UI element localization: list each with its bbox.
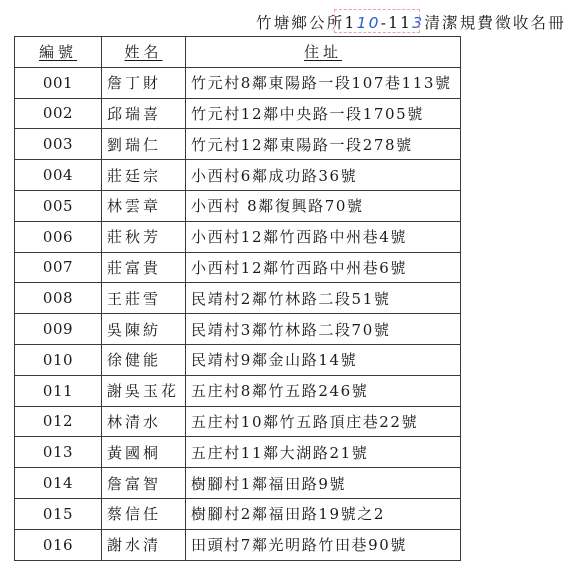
- row-address: 小西村 8鄰復興路70號: [186, 190, 461, 221]
- row-address: 竹元村8鄰東陽路一段107巷113號: [186, 67, 461, 98]
- row-id: 004: [15, 160, 102, 191]
- row-name: 林清水: [102, 406, 186, 437]
- table-row: 003劉瑞仁竹元村12鄰東陽路一段278號: [15, 129, 461, 160]
- row-id: 003: [15, 129, 102, 160]
- row-id: 008: [15, 283, 102, 314]
- table-row: 008王莊雪民靖村2鄰竹林路二段51號: [15, 283, 461, 314]
- header-id: 編號: [15, 37, 102, 68]
- row-name: 莊富貴: [102, 252, 186, 283]
- table-row: 012林清水五庄村10鄰竹五路頂庄巷22號: [15, 406, 461, 437]
- table-row: 002邱瑞喜竹元村12鄰中央路一段1705號: [15, 98, 461, 129]
- row-name: 蔡信任: [102, 498, 186, 529]
- row-id: 001: [15, 67, 102, 98]
- header-name: 姓名: [102, 37, 186, 68]
- row-id: 014: [15, 468, 102, 499]
- table-row: 006莊秋芳小西村12鄰竹西路中州巷4號: [15, 221, 461, 252]
- table-row: 005林雲章小西村 8鄰復興路70號: [15, 190, 461, 221]
- row-name: 吳陳紡: [102, 314, 186, 345]
- row-name: 林雲章: [102, 190, 186, 221]
- table-row: 001詹丁財竹元村8鄰東陽路一段107巷113號: [15, 67, 461, 98]
- row-name: 莊秋芳: [102, 221, 186, 252]
- table-row: 009吳陳紡民靖村3鄰竹林路二段70號: [15, 314, 461, 345]
- header-address: 住址: [186, 37, 461, 68]
- row-id: 011: [15, 375, 102, 406]
- row-id: 009: [15, 314, 102, 345]
- row-name: 詹富智: [102, 468, 186, 499]
- row-id: 007: [15, 252, 102, 283]
- table-row: 016謝水清田頭村7鄰光明路竹田巷90號: [15, 529, 461, 560]
- table-row: 014詹富智樹腳村1鄰福田路9號: [15, 468, 461, 499]
- header-row: 編號 姓名 住址: [15, 37, 461, 68]
- row-id: 015: [15, 498, 102, 529]
- table-row: 010徐健能民靖村9鄰金山路14號: [15, 344, 461, 375]
- row-address: 田頭村7鄰光明路竹田巷90號: [186, 529, 461, 560]
- row-address: 民靖村9鄰金山路14號: [186, 344, 461, 375]
- handwritten-year-end: 3: [412, 14, 424, 32]
- row-id: 010: [15, 344, 102, 375]
- title-prefix: 竹塘鄉公所1: [256, 14, 357, 32]
- title-mid: -11: [381, 14, 413, 32]
- row-name: 謝水清: [102, 529, 186, 560]
- title-suffix: 清潔規費徵收名冊: [424, 14, 566, 32]
- row-address: 民靖村2鄰竹林路二段51號: [186, 283, 461, 314]
- table-row: 007莊富貴小西村12鄰竹西路中州巷6號: [15, 252, 461, 283]
- row-address: 民靖村3鄰竹林路二段70號: [186, 314, 461, 345]
- row-id: 016: [15, 529, 102, 560]
- table-row: 011謝吳玉花五庄村8鄰竹五路246號: [15, 375, 461, 406]
- row-address: 竹元村12鄰中央路一段1705號: [186, 98, 461, 129]
- row-name: 劉瑞仁: [102, 129, 186, 160]
- row-name: 王莊雪: [102, 283, 186, 314]
- table-row: 004莊廷宗小西村6鄰成功路36號: [15, 160, 461, 191]
- row-id: 002: [15, 98, 102, 129]
- row-name: 徐健能: [102, 344, 186, 375]
- row-address: 竹元村12鄰東陽路一段278號: [186, 129, 461, 160]
- table-row: 015蔡信任樹腳村2鄰福田路19號之2: [15, 498, 461, 529]
- document-title: 竹塘鄉公所110-113清潔規費徵收名冊: [256, 13, 566, 33]
- row-address: 小西村6鄰成功路36號: [186, 160, 461, 191]
- row-address: 小西村12鄰竹西路中州巷6號: [186, 252, 461, 283]
- row-name: 黃國桐: [102, 437, 186, 468]
- row-address: 樹腳村2鄰福田路19號之2: [186, 498, 461, 529]
- row-address: 五庄村10鄰竹五路頂庄巷22號: [186, 406, 461, 437]
- table-row: 013黃國桐五庄村11鄰大湖路21號: [15, 437, 461, 468]
- row-id: 012: [15, 406, 102, 437]
- row-name: 謝吳玉花: [102, 375, 186, 406]
- row-address: 五庄村8鄰竹五路246號: [186, 375, 461, 406]
- row-name: 邱瑞喜: [102, 98, 186, 129]
- row-id: 005: [15, 190, 102, 221]
- row-id: 013: [15, 437, 102, 468]
- fee-collection-roster: 編號 姓名 住址 001詹丁財竹元村8鄰東陽路一段107巷113號002邱瑞喜竹…: [14, 36, 461, 561]
- row-address: 小西村12鄰竹西路中州巷4號: [186, 221, 461, 252]
- row-name: 詹丁財: [102, 67, 186, 98]
- row-id: 006: [15, 221, 102, 252]
- handwritten-year-start: 10: [357, 14, 381, 32]
- row-address: 樹腳村1鄰福田路9號: [186, 468, 461, 499]
- row-address: 五庄村11鄰大湖路21號: [186, 437, 461, 468]
- row-name: 莊廷宗: [102, 160, 186, 191]
